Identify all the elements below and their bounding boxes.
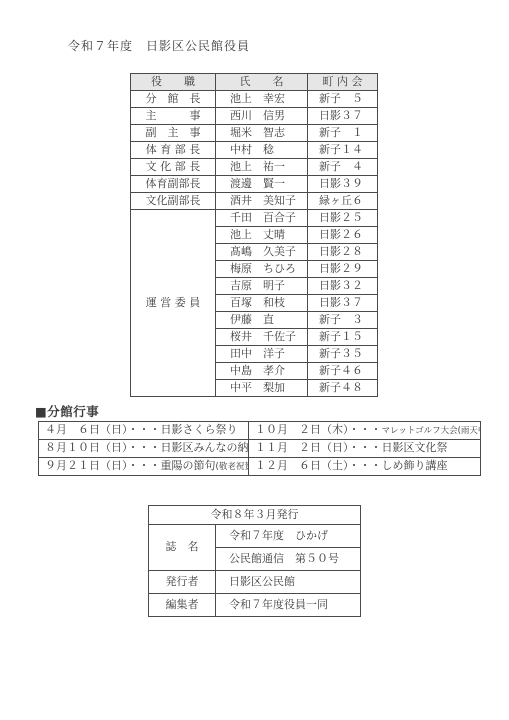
event-cell: １２月 ６日（土）・・・しめ飾り講座 <box>249 458 481 476</box>
event-text-small: (敬老祝賀会) <box>216 462 249 472</box>
committee-label-cell: 運 営 委 員 <box>131 210 216 397</box>
table-row: 主 事 西川 信男 日影３７ <box>131 108 378 125</box>
position-cell: 分 館 長 <box>131 91 216 108</box>
position-cell: 副 主 事 <box>131 125 216 142</box>
table-row: 副 主 事 堀米 智志 新子 １ <box>131 125 378 142</box>
town-cell: 日影３９ <box>308 176 378 193</box>
magazine-label-cell: 誌 名 <box>149 525 216 571</box>
header-name: 氏 名 <box>216 74 308 91</box>
town-cell: 新子３５ <box>308 346 378 363</box>
position-cell: 文 化 部 長 <box>131 159 216 176</box>
name-cell: 池上 祐一 <box>216 159 308 176</box>
position-cell: 文化副部長 <box>131 193 216 210</box>
event-cell: ９月２１日（日）・・・重陽の節句(敬老祝賀会) <box>39 458 249 476</box>
editor-value-cell: 令和７年度役員一同 <box>216 594 361 617</box>
table-row: 文化副部長 酒井 美知子 緑ヶ丘６ <box>131 193 378 210</box>
town-cell: 新子４８ <box>308 380 378 397</box>
name-cell: 酒井 美知子 <box>216 193 308 210</box>
name-cell: 伊藤 直 <box>216 312 308 329</box>
name-cell: 池上 幸宏 <box>216 91 308 108</box>
table-row: 文 化 部 長 池上 祐一 新子 ４ <box>131 159 378 176</box>
name-cell: 堀米 智志 <box>216 125 308 142</box>
publication-issue-header: 令和８年３月発行 <box>149 506 361 525</box>
header-position: 役 職 <box>131 74 216 91</box>
page-title: 令和７年度 日影区公民館役員 <box>68 37 250 54</box>
position-cell: 主 事 <box>131 108 216 125</box>
town-cell: 新子４６ <box>308 363 378 380</box>
officers-header-row: 役 職 氏 名 町 内 会 <box>131 74 378 91</box>
name-cell: 千田 百合子 <box>216 210 308 227</box>
table-row: ９月２１日（日）・・・重陽の節句(敬老祝賀会) １２月 ６日（土）・・・しめ飾り… <box>39 458 481 476</box>
town-cell: 新子 １ <box>308 125 378 142</box>
publication-table: 令和８年３月発行 誌 名 令和７年度 ひかげ 公民館通信 第５０号 発行者 日影… <box>148 505 361 617</box>
town-cell: 緑ヶ丘６ <box>308 193 378 210</box>
table-row: 誌 名 令和７年度 ひかげ <box>149 525 361 548</box>
town-cell: 日影２６ <box>308 227 378 244</box>
town-cell: 新子１４ <box>308 142 378 159</box>
town-cell: 新子 ５ <box>308 91 378 108</box>
event-text: ９月２１日（日）・・・重陽の節句 <box>45 459 216 472</box>
event-cell: ８月１０日（日）・・・日影区みんなの納涼祭 <box>39 440 249 458</box>
officers-table: 役 職 氏 名 町 内 会 分 館 長 池上 幸宏 新子 ５ 主 事 西川 信男… <box>130 73 378 397</box>
table-row: 運 営 委 員 千田 百合子 日影２５ <box>131 210 378 227</box>
table-row: ４月 ６日（日）・・・日影さくら祭り １０月 ２日（木）・・・マレットゴルフ大会… <box>39 422 481 440</box>
events-table: ４月 ６日（日）・・・日影さくら祭り １０月 ２日（木）・・・マレットゴルフ大会… <box>38 421 481 476</box>
table-row: 発行者 日影区公民館 <box>149 571 361 594</box>
name-cell: 渡邊 賢一 <box>216 176 308 193</box>
header-town: 町 内 会 <box>308 74 378 91</box>
town-cell: 新子１５ <box>308 329 378 346</box>
table-row: 分 館 長 池上 幸宏 新子 ５ <box>131 91 378 108</box>
town-cell: 新子 ３ <box>308 312 378 329</box>
name-cell: 田中 洋子 <box>216 346 308 363</box>
town-cell: 日影３７ <box>308 295 378 312</box>
event-text-small: マレットゴルフ大会(雨天中止) <box>382 426 481 436</box>
table-row: ８月１０日（日）・・・日影区みんなの納涼祭 １１月 ２日（日）・・・日影区文化祭 <box>39 440 481 458</box>
event-cell: ４月 ６日（日）・・・日影さくら祭り <box>39 422 249 440</box>
table-row: 令和８年３月発行 <box>149 506 361 525</box>
position-cell: 体 育 部 長 <box>131 142 216 159</box>
publisher-label-cell: 発行者 <box>149 571 216 594</box>
event-cell: １１月 ２日（日）・・・日影区文化祭 <box>249 440 481 458</box>
table-row: 編集者 令和７年度役員一同 <box>149 594 361 617</box>
name-cell: 西川 信男 <box>216 108 308 125</box>
town-cell: 日影３７ <box>308 108 378 125</box>
event-text: １０月 ２日（木）・・・ <box>255 423 382 436</box>
town-cell: 日影２８ <box>308 244 378 261</box>
town-cell: 新子 ４ <box>308 159 378 176</box>
name-cell: 中平 梨加 <box>216 380 308 397</box>
town-cell: 日影２９ <box>308 261 378 278</box>
table-row: 体 育 部 長 中村 稔 新子１４ <box>131 142 378 159</box>
event-text: １１月 ２日（日）・・・日影区文化祭 <box>255 441 448 454</box>
events-section-heading: ■分館行事 <box>35 402 99 420</box>
event-text: １２月 ６日（土）・・・しめ飾り講座 <box>255 459 448 472</box>
town-cell: 日影２５ <box>308 210 378 227</box>
name-cell: 中村 稔 <box>216 142 308 159</box>
event-cell: １０月 ２日（木）・・・マレットゴルフ大会(雨天中止) <box>249 422 481 440</box>
name-cell: 中島 孝介 <box>216 363 308 380</box>
name-cell: 池上 丈晴 <box>216 227 308 244</box>
table-row: 体育副部長 渡邊 賢一 日影３９ <box>131 176 378 193</box>
name-cell: 髙嶋 久美子 <box>216 244 308 261</box>
position-cell: 体育副部長 <box>131 176 216 193</box>
name-cell: 吉原 明子 <box>216 278 308 295</box>
editor-label-cell: 編集者 <box>149 594 216 617</box>
publisher-value-cell: 日影区公民館 <box>216 571 361 594</box>
name-cell: 梅原 ちひろ <box>216 261 308 278</box>
event-text: ８月１０日（日）・・・日影区みんなの納涼祭 <box>45 441 249 454</box>
town-cell: 日影３２ <box>308 278 378 295</box>
name-cell: 桜井 千佐子 <box>216 329 308 346</box>
magazine-subtitle-cell: 公民館通信 第５０号 <box>216 548 361 571</box>
event-text: ４月 ６日（日）・・・日影さくら祭り <box>45 423 238 436</box>
name-cell: 百塚 和枝 <box>216 295 308 312</box>
magazine-title-cell: 令和７年度 ひかげ <box>216 525 361 548</box>
